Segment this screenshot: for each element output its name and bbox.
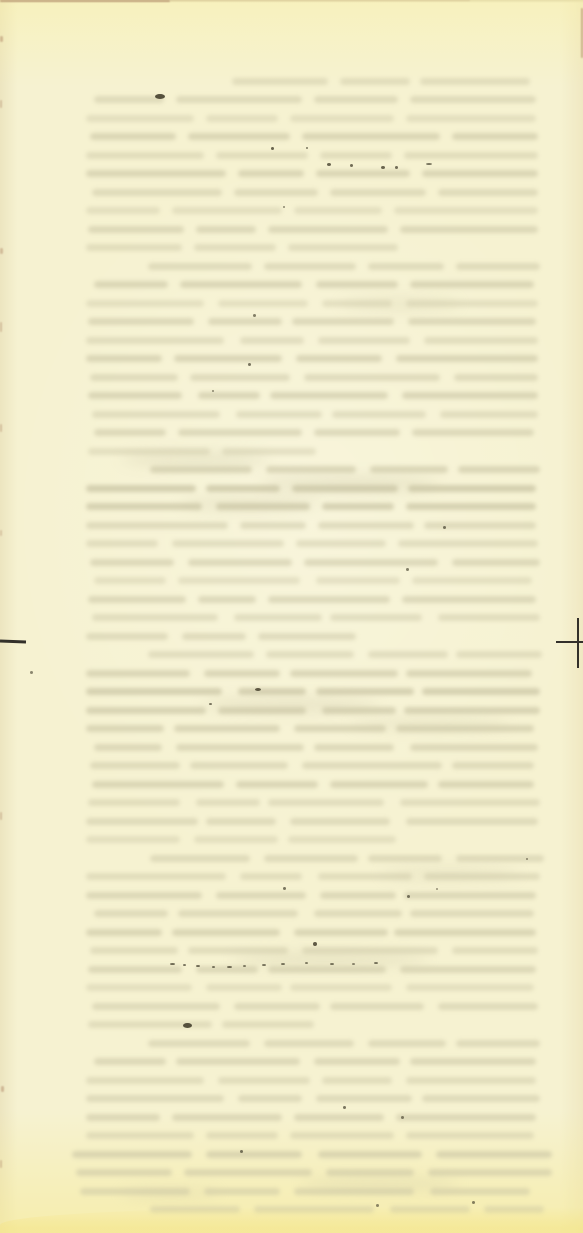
- scan-edge-artifact-layer: [0, 0, 583, 1233]
- scan-edge-artifact: [0, 424, 2, 432]
- scan-edge-artifact: [1, 1086, 4, 1092]
- scan-edge-artifact: [0, 248, 3, 254]
- scan-viewport: [0, 0, 583, 1233]
- registration-cross-mark-right-vertical: [577, 618, 579, 668]
- scan-edge-artifact: [0, 36, 3, 42]
- scan-edge-artifact: [0, 812, 2, 820]
- scanned-page: [0, 0, 583, 1233]
- registration-cross-mark-right-horizontal: [556, 641, 583, 643]
- scan-edge-artifact: [0, 0, 170, 2]
- scan-edge-artifact: [0, 530, 2, 536]
- scan-edge-artifact: [170, 0, 470, 1]
- scan-edge-artifact: [0, 322, 2, 332]
- scan-edge-artifact: [0, 1160, 2, 1168]
- scan-edge-artifact: [0, 100, 2, 108]
